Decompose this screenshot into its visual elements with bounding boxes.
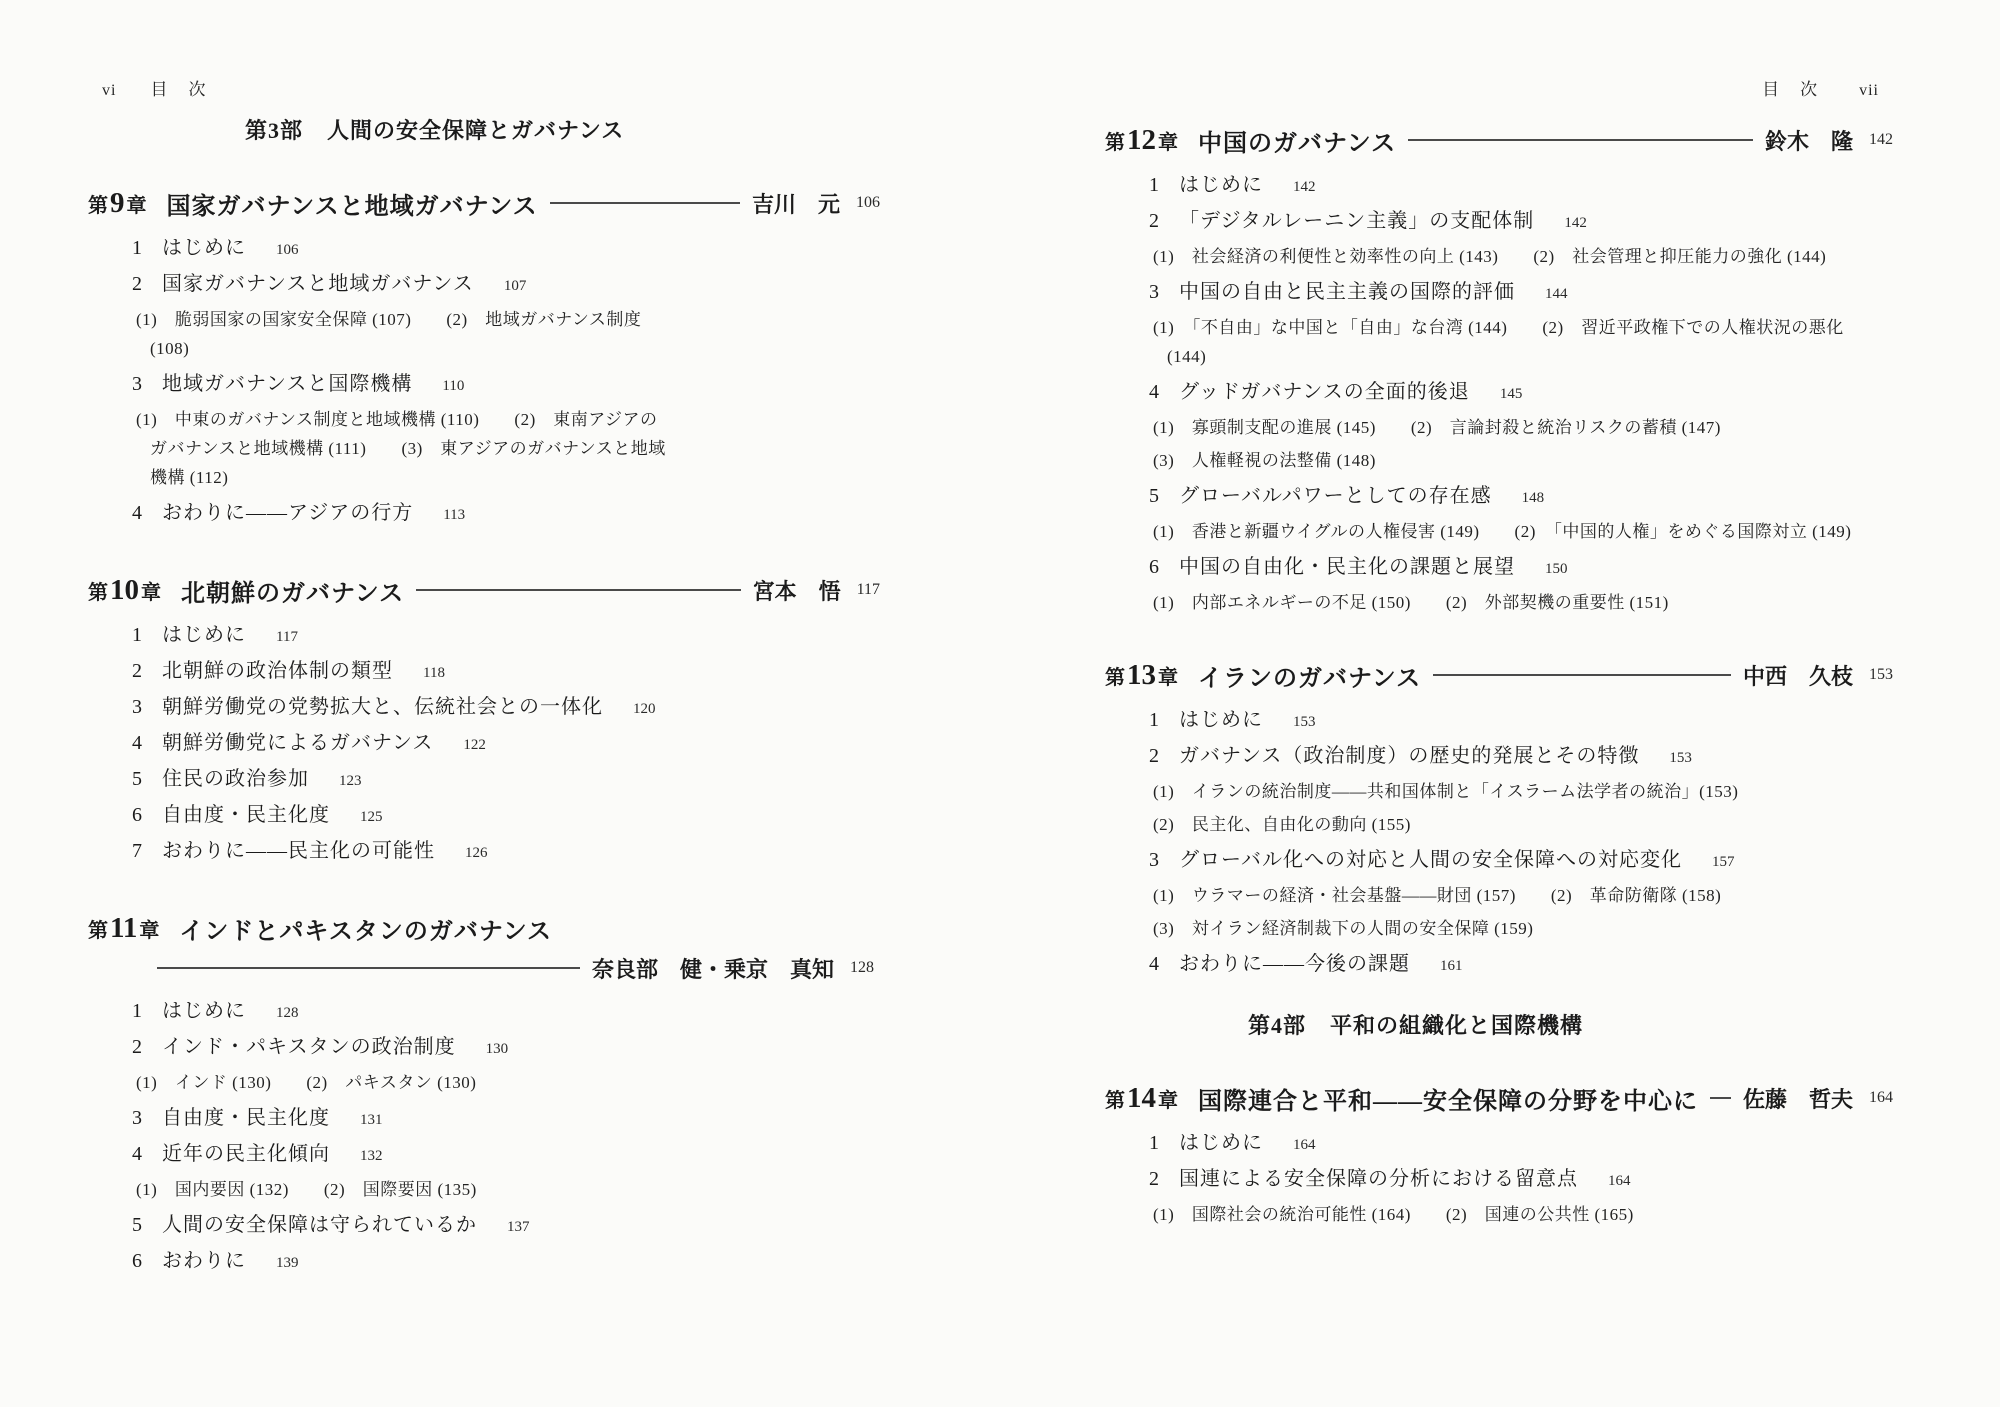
chapter-number: 10 bbox=[108, 574, 141, 606]
chapter-page-number: 164 bbox=[1869, 1089, 1893, 1107]
toc-subsection-entry: (3) 人権軽視の法整備 (148) bbox=[1105, 446, 1871, 475]
section-title: グローバルパワーとしての存在感 bbox=[1179, 479, 1492, 508]
left-page-header: vi目 次 bbox=[102, 75, 207, 100]
toc-section-entry: 1はじめに128 bbox=[88, 994, 880, 1030]
section-number: 2 bbox=[1149, 745, 1179, 768]
section-title: おわりに――アジアの行方 bbox=[162, 496, 413, 525]
part-label: 第3部 bbox=[245, 118, 303, 143]
chapter-number: 14 bbox=[1125, 1082, 1158, 1114]
chapter-heading: 第10章北朝鮮のガバナンス宮本 悟117 bbox=[88, 570, 880, 610]
toc-section-entry: 6おわりに139 bbox=[88, 1244, 880, 1280]
toc-section-entry: 1はじめに142 bbox=[1105, 168, 1893, 204]
chapter-label-suffix: 章 bbox=[141, 582, 161, 604]
section-title: 住民の政治参加 bbox=[162, 762, 309, 791]
section-page-number: 153 bbox=[1293, 714, 1316, 731]
section-page-number: 142 bbox=[1293, 179, 1316, 196]
chapter-title: 北朝鮮のガバナンス bbox=[181, 573, 404, 608]
chapter-label-suffix: 章 bbox=[1158, 667, 1178, 689]
toc-subsection-entry: (1) イランの統治制度――共和国体制と「イスラーム法学者の統治」(153) bbox=[1105, 777, 1871, 806]
section-title: 人間の安全保障は守られているか bbox=[162, 1208, 477, 1237]
chapter-number: 9 bbox=[108, 187, 127, 219]
section-title: 地域ガバナンスと国際機構 bbox=[162, 367, 412, 396]
leader-line bbox=[157, 967, 580, 969]
toc-section-entry: 5住民の政治参加123 bbox=[88, 762, 880, 798]
section-number: 4 bbox=[132, 732, 162, 755]
chapter-number: 11 bbox=[108, 912, 139, 944]
toc-section-entry: 1はじめに153 bbox=[1105, 703, 1893, 739]
toc-section-entry: 1はじめに106 bbox=[88, 231, 880, 267]
section-title: インド・パキスタンの政治制度 bbox=[162, 1030, 456, 1059]
section-page-number: 148 bbox=[1522, 490, 1545, 507]
section-number: 1 bbox=[132, 237, 162, 260]
section-number: 4 bbox=[132, 502, 162, 525]
chapter-author: 中西 久枝 bbox=[1743, 660, 1853, 691]
section-page-number: 137 bbox=[507, 1219, 530, 1236]
toc-subsection-entry: (1) 内部エネルギーの不足 (150) (2) 外部契機の重要性 (151) bbox=[1105, 588, 1871, 617]
section-title: はじめに bbox=[1179, 168, 1263, 197]
chapter-title: イランのガバナンス bbox=[1198, 658, 1421, 693]
part-title: 人間の安全保障とガバナンス bbox=[327, 118, 624, 143]
section-page-number: 120 bbox=[633, 701, 656, 718]
toc-section-entry: 5グローバルパワーとしての存在感148 bbox=[1105, 479, 1893, 515]
right-folio: vii bbox=[1859, 82, 1879, 99]
chapter-author: 宮本 悟 bbox=[753, 575, 841, 606]
section-page-number: 125 bbox=[360, 809, 383, 826]
section-number: 6 bbox=[132, 804, 162, 827]
section-page-number: 132 bbox=[360, 1148, 383, 1165]
section-page-number: 144 bbox=[1545, 286, 1568, 303]
toc-section-entry: 3朝鮮労働党の党勢拡大と、伝統社会との一体化120 bbox=[88, 690, 880, 726]
section-title: 国連による安全保障の分析における留意点 bbox=[1179, 1162, 1578, 1191]
section-number: 3 bbox=[132, 696, 162, 719]
chapter-heading: 第12章中国のガバナンス鈴木 隆142 bbox=[1105, 120, 1893, 160]
section-number: 1 bbox=[132, 1000, 162, 1023]
toc-subsection-entry: (1) 社会経済の利便性と効率性の向上 (143) (2) 社会管理と抑圧能力の… bbox=[1105, 242, 1871, 271]
section-page-number: 122 bbox=[463, 737, 486, 754]
chapter-heading: 第9章国家ガバナンスと地域ガバナンス吉川 元106 bbox=[88, 183, 880, 223]
section-number: 1 bbox=[132, 624, 162, 647]
chapter-label-suffix: 章 bbox=[127, 195, 147, 217]
toc-subsection-entry: (1) 「不自由」な中国と「自由」な台湾 (144) (2) 習近平政権下での人… bbox=[1105, 313, 1871, 371]
chapter-number: 13 bbox=[1125, 659, 1158, 691]
part-title: 平和の組織化と国際機構 bbox=[1330, 1013, 1583, 1038]
section-number: 2 bbox=[132, 1036, 162, 1059]
toc-subsection-entry: (1) 国内要因 (132) (2) 国際要因 (135) bbox=[88, 1175, 674, 1204]
toc-section-entry: 3地域ガバナンスと国際機構110 bbox=[88, 367, 880, 403]
left-header-title: 目 次 bbox=[150, 80, 207, 99]
section-title: 中国の自由と民主主義の国際的評価 bbox=[1179, 275, 1515, 304]
section-number: 1 bbox=[1149, 709, 1179, 732]
section-number: 3 bbox=[1149, 849, 1179, 872]
right-page-header: 目 次vii bbox=[1762, 75, 1879, 100]
section-page-number: 118 bbox=[423, 665, 445, 682]
section-page-number: 164 bbox=[1293, 1137, 1316, 1154]
section-number: 6 bbox=[132, 1250, 162, 1273]
toc-section-entry: 2ガバナンス（政治制度）の歴史的発展とその特徴153 bbox=[1105, 739, 1893, 775]
chapter-author: 鈴木 隆 bbox=[1765, 125, 1853, 156]
section-title: はじめに bbox=[162, 231, 246, 260]
section-page-number: 139 bbox=[276, 1255, 299, 1272]
section-page-number: 126 bbox=[465, 845, 488, 862]
toc-section-entry: 6自由度・民主化度125 bbox=[88, 798, 880, 834]
chapter-label-prefix: 第 bbox=[1105, 667, 1125, 689]
toc-section-entry: 1はじめに117 bbox=[88, 618, 880, 654]
section-title: 自由度・民主化度 bbox=[162, 798, 330, 827]
toc-section-entry: 3中国の自由と民主主義の国際的評価144 bbox=[1105, 275, 1893, 311]
toc-section-entry: 3自由度・民主化度131 bbox=[88, 1101, 880, 1137]
toc-section-entry: 2北朝鮮の政治体制の類型118 bbox=[88, 654, 880, 690]
section-page-number: 153 bbox=[1669, 750, 1692, 767]
section-title: 「デジタルレーニン主義」の支配体制 bbox=[1179, 204, 1534, 233]
chapter-label: 第9章 bbox=[88, 187, 147, 220]
toc-section-entry: 2国連による安全保障の分析における留意点164 bbox=[1105, 1162, 1893, 1198]
leader-line bbox=[1433, 674, 1731, 676]
section-title: 北朝鮮の政治体制の類型 bbox=[162, 654, 393, 683]
part-heading: 第3部人間の安全保障とガバナンス bbox=[88, 114, 880, 145]
toc-subsection-entry: (1) 国際社会の統治可能性 (164) (2) 国連の公共性 (165) bbox=[1105, 1200, 1871, 1229]
toc-section-entry: 7おわりに――民主化の可能性126 bbox=[88, 834, 880, 870]
chapter-label-suffix: 章 bbox=[1158, 1090, 1178, 1112]
toc-section-entry: 1はじめに164 bbox=[1105, 1126, 1893, 1162]
section-page-number: 123 bbox=[339, 773, 362, 790]
toc-subsection-entry: (1) 中東のガバナンス制度と地域機構 (110) (2) 東南アジアのガバナン… bbox=[88, 405, 674, 492]
chapter-label-suffix: 章 bbox=[139, 920, 159, 942]
chapter-label-prefix: 第 bbox=[1105, 132, 1125, 154]
section-number: 5 bbox=[1149, 485, 1179, 508]
chapter-heading: 第14章国際連合と平和――安全保障の分野を中心に佐藤 哲夫164 bbox=[1105, 1078, 1893, 1118]
chapter-author: 吉川 元 bbox=[752, 188, 840, 219]
toc-section-entry: 2国家ガバナンスと地域ガバナンス107 bbox=[88, 267, 880, 303]
toc-subsection-entry: (1) 香港と新疆ウイグルの人権侵害 (149) (2) 「中国的人権」をめぐる… bbox=[1105, 517, 1871, 546]
chapter-label-prefix: 第 bbox=[1105, 1090, 1125, 1112]
section-number: 6 bbox=[1149, 556, 1179, 579]
chapter-page-number: 117 bbox=[857, 581, 880, 599]
leader-line bbox=[1710, 1097, 1731, 1099]
toc-subsection-entry: (1) ウラマーの経済・社会基盤――財団 (157) (2) 革命防衛隊 (15… bbox=[1105, 881, 1871, 910]
section-page-number: 145 bbox=[1500, 386, 1523, 403]
section-number: 4 bbox=[132, 1143, 162, 1166]
section-number: 2 bbox=[1149, 210, 1179, 233]
section-title: 中国の自由化・民主化の課題と展望 bbox=[1179, 550, 1515, 579]
chapter-label-prefix: 第 bbox=[88, 920, 108, 942]
chapter-label-prefix: 第 bbox=[88, 195, 108, 217]
section-number: 5 bbox=[132, 1214, 162, 1237]
toc-section-entry: 4おわりに――アジアの行方113 bbox=[88, 496, 880, 532]
section-title: 国家ガバナンスと地域ガバナンス bbox=[162, 267, 474, 296]
book-spread: { "pages": [ { "side": "left", "header":… bbox=[0, 0, 2000, 1407]
right-toc-content: 第12章中国のガバナンス鈴木 隆1421はじめに1422「デジタルレーニン主義」… bbox=[1105, 104, 1893, 1233]
chapter-page-number: 106 bbox=[856, 194, 880, 212]
chapter-label: 第12章 bbox=[1105, 124, 1178, 157]
right-header-title: 目 次 bbox=[1762, 80, 1819, 99]
chapter-page-number: 153 bbox=[1869, 666, 1893, 684]
left-page: vi目 次 第3部人間の安全保障とガバナンス第9章国家ガバナンスと地域ガバナンス… bbox=[88, 0, 880, 1407]
section-title: おわりに bbox=[162, 1244, 246, 1273]
section-page-number: 157 bbox=[1712, 854, 1735, 871]
section-page-number: 161 bbox=[1440, 958, 1463, 975]
section-title: グッドガバナンスの全面的後退 bbox=[1179, 375, 1470, 404]
section-title: はじめに bbox=[1179, 1126, 1263, 1155]
section-number: 2 bbox=[132, 660, 162, 683]
chapter-label: 第10章 bbox=[88, 574, 161, 607]
section-page-number: 131 bbox=[360, 1112, 383, 1129]
section-number: 4 bbox=[1149, 381, 1179, 404]
chapter-title: インドとパキスタンのガバナンス bbox=[179, 911, 552, 946]
section-number: 1 bbox=[1149, 174, 1179, 197]
toc-subsection-entry: (1) インド (130) (2) パキスタン (130) bbox=[88, 1068, 674, 1097]
leader-line bbox=[416, 589, 740, 591]
section-number: 3 bbox=[1149, 281, 1179, 304]
section-page-number: 117 bbox=[276, 629, 298, 646]
chapter-title: 国際連合と平和――安全保障の分野を中心に bbox=[1198, 1081, 1698, 1116]
chapter-label-prefix: 第 bbox=[88, 582, 108, 604]
left-folio: vi bbox=[102, 82, 116, 99]
section-number: 7 bbox=[132, 840, 162, 863]
section-page-number: 150 bbox=[1545, 561, 1568, 578]
section-number: 2 bbox=[1149, 1168, 1179, 1191]
toc-subsection-entry: (3) 対イラン経済制裁下の人間の安全保障 (159) bbox=[1105, 914, 1871, 943]
toc-subsection-entry: (2) 民主化、自由化の動向 (155) bbox=[1105, 810, 1871, 839]
section-page-number: 164 bbox=[1608, 1173, 1631, 1190]
toc-section-entry: 2「デジタルレーニン主義」の支配体制142 bbox=[1105, 204, 1893, 240]
section-number: 3 bbox=[132, 373, 162, 396]
chapter-label: 第14章 bbox=[1105, 1082, 1178, 1115]
chapter-author: 奈良部 健・乗京 真知 bbox=[592, 953, 834, 984]
chapter-title: 国家ガバナンスと地域ガバナンス bbox=[167, 186, 538, 221]
left-toc-content: 第3部人間の安全保障とガバナンス第9章国家ガバナンスと地域ガバナンス吉川 元10… bbox=[88, 104, 880, 1280]
section-number: 3 bbox=[132, 1107, 162, 1130]
section-title: おわりに――民主化の可能性 bbox=[162, 834, 435, 863]
section-title: 自由度・民主化度 bbox=[162, 1101, 330, 1130]
section-title: グローバル化への対応と人間の安全保障への対応変化 bbox=[1179, 843, 1682, 872]
section-title: 朝鮮労働党によるガバナンス bbox=[162, 726, 433, 755]
section-title: はじめに bbox=[162, 618, 246, 647]
section-title: 近年の民主化傾向 bbox=[162, 1137, 330, 1166]
section-page-number: 110 bbox=[442, 378, 464, 395]
leader-line bbox=[550, 202, 740, 204]
section-title: はじめに bbox=[1179, 703, 1263, 732]
section-title: おわりに――今後の課題 bbox=[1179, 947, 1410, 976]
chapter-number: 12 bbox=[1125, 124, 1158, 156]
part-heading: 第4部平和の組織化と国際機構 bbox=[1105, 1009, 1893, 1040]
chapter-author: 佐藤 哲夫 bbox=[1743, 1083, 1853, 1114]
chapter-heading: 第11章インドとパキスタンのガバナンス bbox=[88, 908, 880, 948]
toc-section-entry: 5人間の安全保障は守られているか137 bbox=[88, 1208, 880, 1244]
section-page-number: 130 bbox=[486, 1041, 509, 1058]
toc-section-entry: 4グッドガバナンスの全面的後退145 bbox=[1105, 375, 1893, 411]
section-page-number: 106 bbox=[276, 242, 299, 259]
leader-line bbox=[1408, 139, 1753, 141]
chapter-author-row: 奈良部 健・乗京 真知128 bbox=[88, 950, 880, 986]
section-page-number: 113 bbox=[443, 507, 465, 524]
section-page-number: 142 bbox=[1564, 215, 1587, 232]
section-number: 5 bbox=[132, 768, 162, 791]
chapter-page-number: 142 bbox=[1869, 131, 1893, 149]
section-number: 1 bbox=[1149, 1132, 1179, 1155]
section-page-number: 107 bbox=[504, 278, 527, 295]
chapter-label-suffix: 章 bbox=[1158, 132, 1178, 154]
toc-subsection-entry: (1) 脆弱国家の国家安全保障 (107) (2) 地域ガバナンス制度 (108… bbox=[88, 305, 674, 363]
toc-section-entry: 2インド・パキスタンの政治制度130 bbox=[88, 1030, 880, 1066]
chapter-heading: 第13章イランのガバナンス中西 久枝153 bbox=[1105, 655, 1893, 695]
toc-section-entry: 4おわりに――今後の課題161 bbox=[1105, 947, 1893, 983]
section-number: 4 bbox=[1149, 953, 1179, 976]
toc-section-entry: 4朝鮮労働党によるガバナンス122 bbox=[88, 726, 880, 762]
toc-subsection-entry: (1) 寡頭制支配の進展 (145) (2) 言論封殺と統治リスクの蓄積 (14… bbox=[1105, 413, 1871, 442]
chapter-label: 第13章 bbox=[1105, 659, 1178, 692]
section-number: 2 bbox=[132, 273, 162, 296]
chapter-page-number: 128 bbox=[850, 959, 874, 977]
chapter-label: 第11章 bbox=[88, 912, 159, 945]
chapter-title: 中国のガバナンス bbox=[1198, 123, 1396, 158]
toc-section-entry: 3グローバル化への対応と人間の安全保障への対応変化157 bbox=[1105, 843, 1893, 879]
section-title: ガバナンス（政治制度）の歴史的発展とその特徴 bbox=[1179, 739, 1639, 768]
section-page-number: 128 bbox=[276, 1005, 299, 1022]
toc-section-entry: 4近年の民主化傾向132 bbox=[88, 1137, 880, 1173]
toc-section-entry: 6中国の自由化・民主化の課題と展望150 bbox=[1105, 550, 1893, 586]
section-title: はじめに bbox=[162, 994, 246, 1023]
right-page: 目 次vii 第12章中国のガバナンス鈴木 隆1421はじめに1422「デジタル… bbox=[1105, 0, 1893, 1407]
part-label: 第4部 bbox=[1248, 1013, 1306, 1038]
section-title: 朝鮮労働党の党勢拡大と、伝統社会との一体化 bbox=[162, 690, 603, 719]
